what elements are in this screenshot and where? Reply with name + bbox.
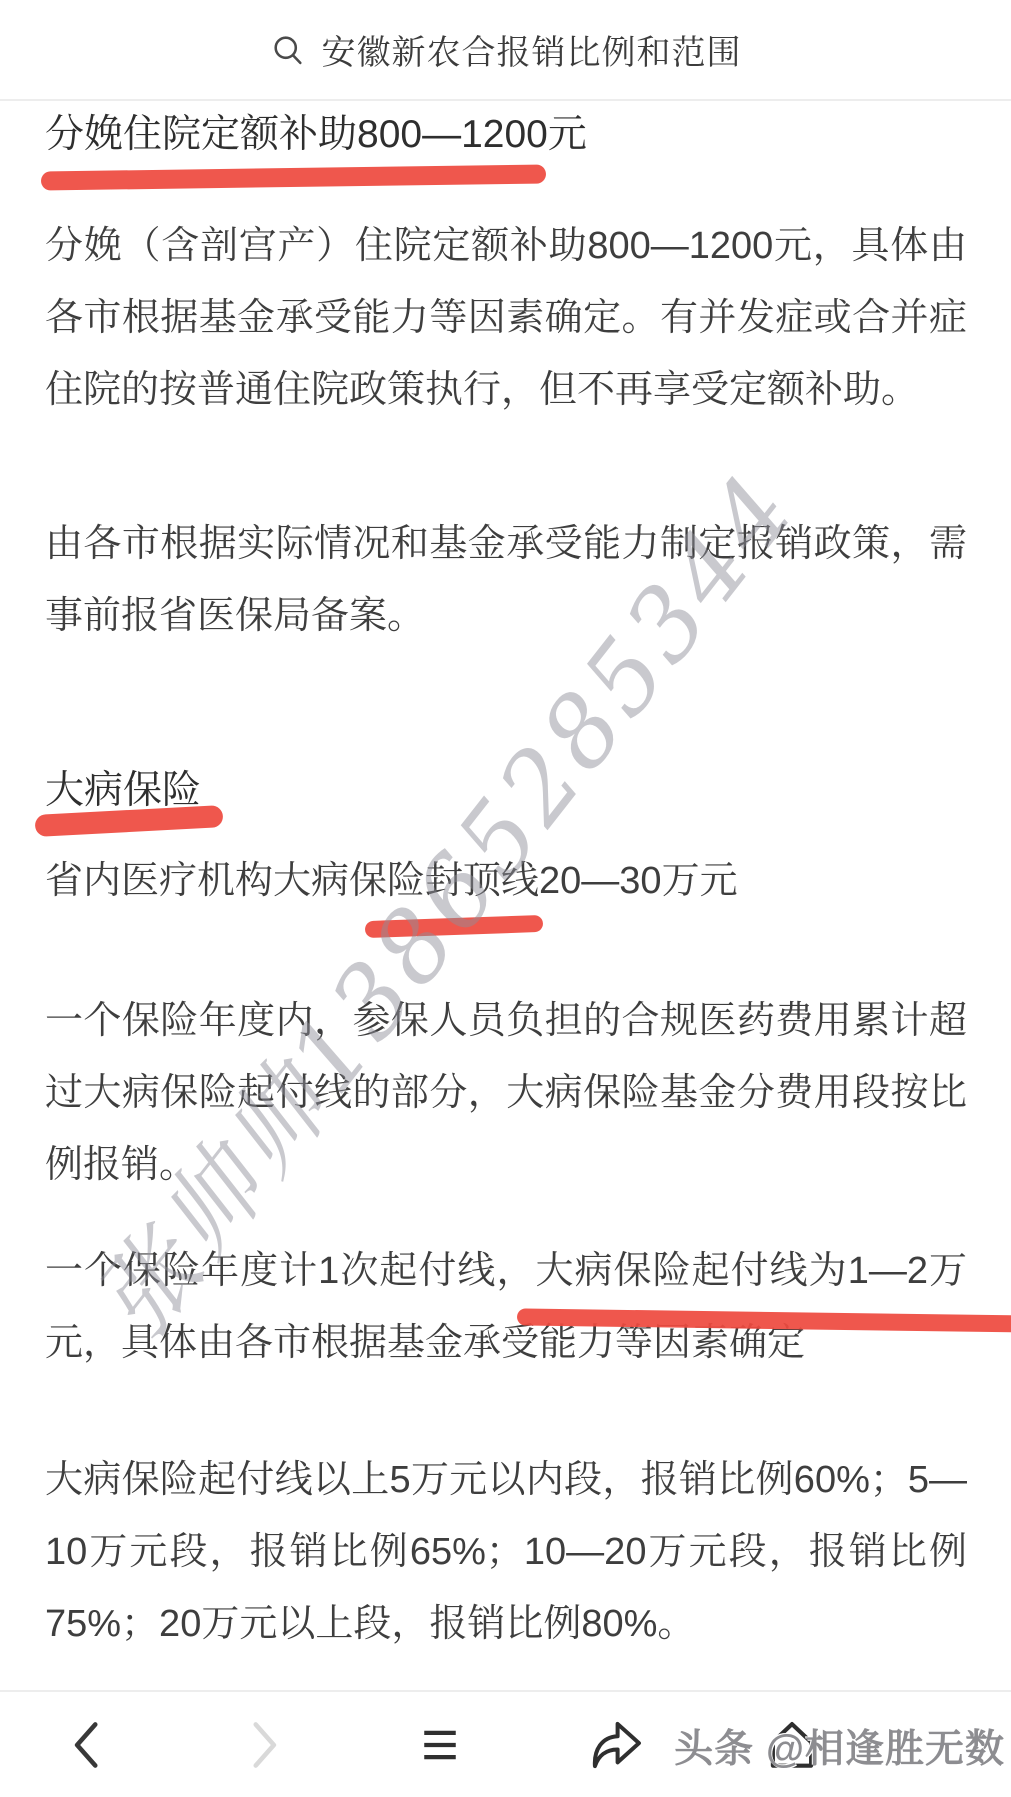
heading-serious-illness-text: 大病保险 xyxy=(45,769,201,812)
back-button[interactable] xyxy=(28,1692,148,1797)
para-maternity: 分娩（含剖宫产）住院定额补助800—1200元，具体由各市根据基金承受能力等因素… xyxy=(45,210,967,426)
header-divider xyxy=(0,99,1011,101)
search-query-text[interactable]: 安徽新农合报销比例和范围 xyxy=(322,25,742,74)
para-deductible-intro: 一个保险年度内，参保人员负担的合规医药费用累计超过大病保险起付线的部分，大病保险… xyxy=(45,985,967,1201)
red-marker-underline xyxy=(365,915,543,938)
menu-button[interactable] xyxy=(380,1692,500,1797)
share-arrow-icon xyxy=(584,1713,648,1777)
cap-line-post: —30万元 xyxy=(581,860,737,902)
forward-button[interactable] xyxy=(203,1692,323,1797)
cap-line-pre: 省内医疗机构大病保险 xyxy=(45,860,425,902)
chevron-left-icon xyxy=(59,1716,117,1774)
mobile-article-screen: 安徽新农合报销比例和范围 分娩住院定额补助800—1200元 分娩（含剖宫产）住… xyxy=(0,0,1011,1797)
para-deductible: 一个保险年度计1次起付线，大病保险起付线为1—2万元，具体由各市根据基金承受能力… xyxy=(45,1235,967,1379)
search-bar[interactable]: 安徽新农合报销比例和范围 xyxy=(0,0,1011,99)
chevron-right-icon xyxy=(234,1716,292,1774)
search-icon xyxy=(270,32,306,68)
toutiao-author-watermark: 头条 @相逢胜无数 xyxy=(674,1718,1005,1774)
heading-maternity-text: 分娩住院定额补助800—1200元 xyxy=(45,113,587,156)
cap-line-marked: 封顶线20 xyxy=(425,860,581,902)
red-marker-underline xyxy=(41,164,546,190)
para-reimburse-ratios: 大病保险起付线以上5万元以内段，报销比例60%；5—10万元段，报销比例65%；… xyxy=(45,1444,967,1660)
deductible-pre: 一个保险年度计1次起付线， xyxy=(45,1250,535,1292)
heading-maternity-subsidy: 分娩住院定额补助800—1200元 xyxy=(45,110,967,160)
cap-line-marked-text: 封顶线20 xyxy=(425,860,581,902)
share-button[interactable] xyxy=(556,1692,676,1797)
hamburger-menu-icon xyxy=(413,1718,467,1772)
para-policy: 由各市根据实际情况和基金承受能力制定报销政策，需事前报省医保局备案。 xyxy=(45,508,967,652)
deductible-post: ，具体由各市根据基金承受能力等因素确定 xyxy=(83,1322,805,1364)
para-cap-line: 省内医疗机构大病保险封顶线20—30万元 xyxy=(45,845,967,917)
heading-serious-illness: 大病保险 xyxy=(45,766,967,816)
